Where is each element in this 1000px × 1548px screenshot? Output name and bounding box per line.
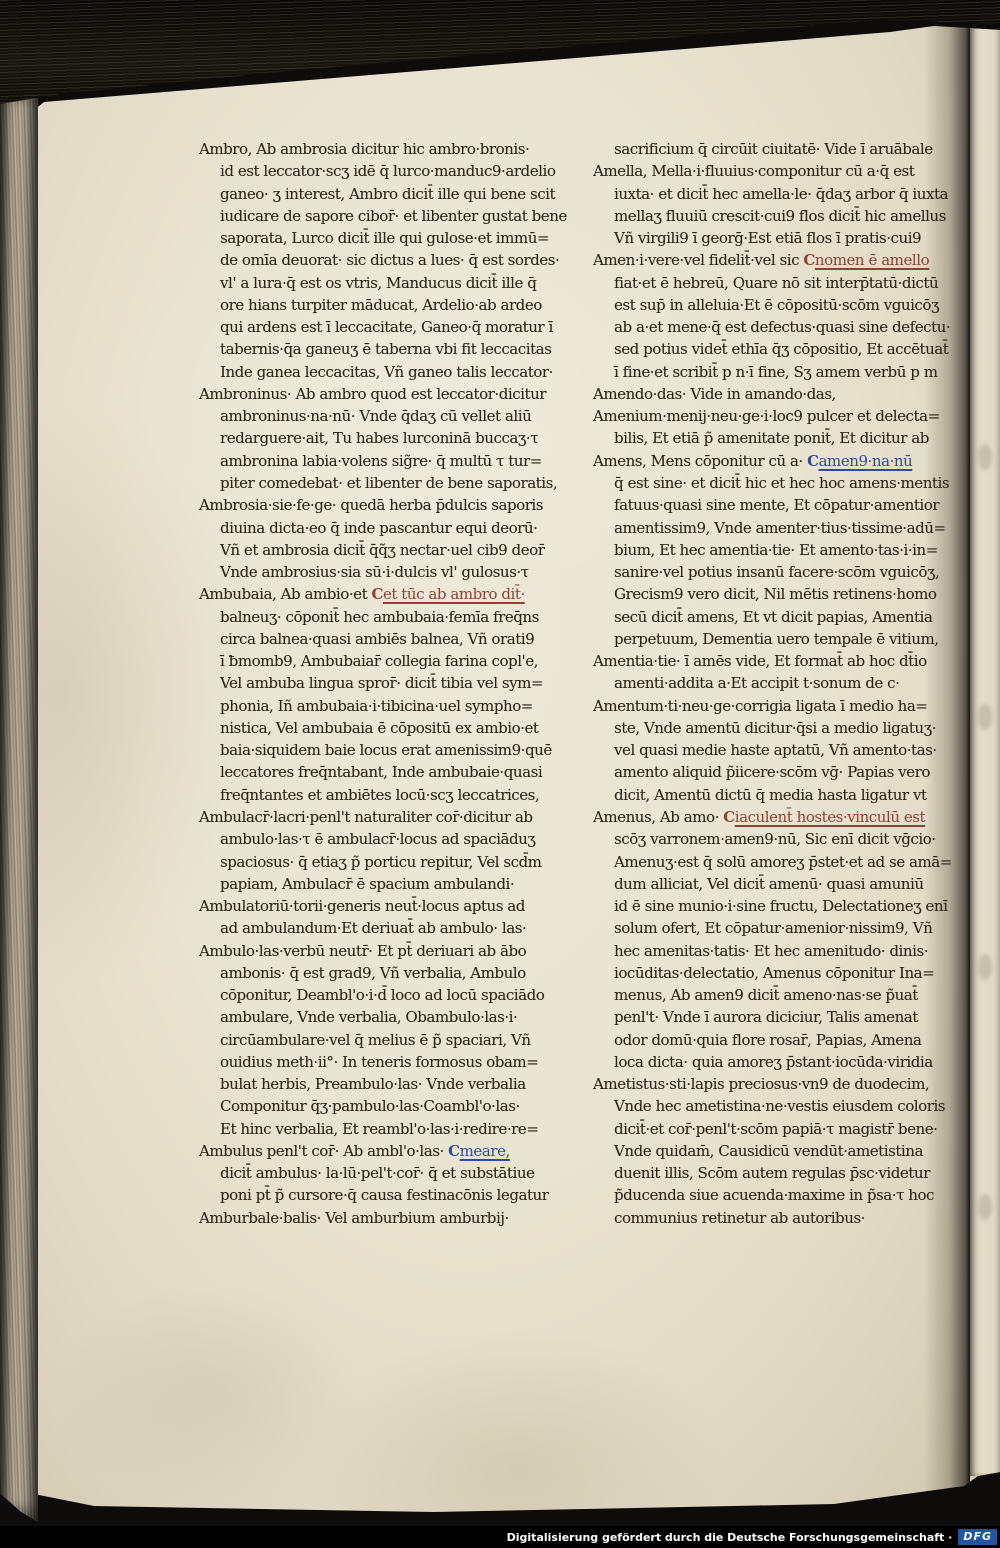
footer-credit-bar: Digitalisierung gefördert durch die Deut… (0, 1526, 1000, 1548)
show-through-mark (978, 1194, 992, 1220)
text-line: Componitur q̄ʒ·pambulo·las·Coambl'o·las· (199, 1095, 557, 1117)
text-line: balneuʒ· cōponit̄ hec ambubaia·femīa fre… (199, 606, 557, 628)
text-line: p̃ducenda siue acuenda·maxime in p̃sa·τ … (593, 1184, 951, 1206)
text-line: menus, Ab amen9 dicit̄ ameno·nas·se p̃ua… (593, 984, 951, 1006)
text-line: spaciosus· q̄ etiaʒ p̃ porticu repitur, … (199, 851, 557, 873)
text-line: Vnde quidam̄, Causidicū vendūt·ametistin… (593, 1140, 951, 1162)
text-line: Amenus, Ab amo· Ciaculent̄ hostes·vincul… (593, 806, 951, 828)
show-through-mark (978, 954, 992, 980)
text-line: ab a·et mene·q̄ est defectus·quasi sine … (593, 316, 951, 338)
text-line: Et hinc verbalia, Et reambl'o·las·i·redi… (199, 1118, 557, 1140)
text-line: Ambulo·las·verbū neutr̄· Et pt̄ deriuari… (199, 940, 557, 962)
text-line: Grecism9 vero dicit, Nil mētis retinens·… (593, 583, 951, 605)
text-line: hec amenitas·tatis· Et hec amenitudo· di… (593, 940, 951, 962)
text-line: id ē sine munio·i·sine fructu, Delectati… (593, 895, 951, 917)
text-line: bium, Et hec amentia·tie· Et amento·tas·… (593, 539, 951, 561)
text-line: est sup̄ in alleluia·Et ē cōpositū·scōm … (593, 294, 951, 316)
text-line: iocūditas·delectatio, Amenus cōponitur I… (593, 962, 951, 984)
text-line: ganeo· ʒ interest, Ambro dicit̄ ille qui… (199, 183, 557, 205)
text-line: Vñ et ambrosia dicit̄ q̄q̃ʒ nectar·uel c… (199, 539, 557, 561)
text-line: Amella, Mella·i·fluuius·componitur cū a·… (593, 160, 951, 182)
text-line: Vnde hec ametistina·ne·vestis eiusdem co… (593, 1095, 951, 1117)
text-line: penl't· Vnde ī aurora diciciur, Talis am… (593, 1006, 951, 1028)
text-line: Ambroninus· Ab ambro quod est leccator·d… (199, 383, 557, 405)
text-line: mellaʒ fluuiū crescit·cui9 flos dicit̄ h… (593, 205, 951, 227)
text-line: cōponitur, Deambl'o·i·d̄ loco ad locū sp… (199, 984, 557, 1006)
text-line: vl' a lura·q̄ est os vtris, Manducus dic… (199, 272, 557, 294)
text-line: ore hians turpiter māducat, Ardelio·ab a… (199, 294, 557, 316)
text-line: id est leccator·scʒ idē q̄ lurco·manduc9… (199, 160, 557, 182)
text-line: iuxta· et dicit̄ hec amella·le· q̄daʒ ar… (593, 183, 951, 205)
text-line: perpetuum, Dementia uero tempale ē vitiu… (593, 628, 951, 650)
text-line: de omīa deuorat· sic dictus a lues· q̄ e… (199, 249, 557, 271)
text-line: papiam, Ambulacr̄ ē spacium ambulandi· (199, 873, 557, 895)
text-line: circa balnea·quasi ambiēs balnea, Vñ ora… (199, 628, 557, 650)
text-line: Ambrosia·sie·fe·ge· quedā herba p̄dulcis… (199, 494, 557, 516)
text-line: Ambulacr̄·lacri·penl't naturaliter cor̄·… (199, 806, 557, 828)
text-line: bilis, Et etiā p̃ amenitate ponit̄, Et d… (593, 427, 951, 449)
text-line: fiat·et ē hebreū, Quare nō sit interp̄ta… (593, 272, 951, 294)
text-line: amenti·addita a·Et accipit t·sonum de c· (593, 672, 951, 694)
text-line: tabernis·q̄a ganeuʒ ē taberna vbi fit le… (199, 338, 557, 360)
text-line: sanire·vel potius insanū facere·scōm vgu… (593, 561, 951, 583)
text-line: ambroninus·na·nū· Vnde q̄daʒ cū vellet a… (199, 405, 557, 427)
text-line: scōʒ varronem·amen9·nū, Sic enī dicit vḡ… (593, 828, 951, 850)
dfg-logo: DFG (958, 1529, 997, 1545)
text-line: baia·siquidem baie locus erat amenissim9… (199, 739, 557, 761)
text-line: Amenuʒ·est q̄ solū amoreʒ p̄stet·et ad s… (593, 851, 951, 873)
page-stack-edge (0, 84, 38, 1522)
text-line: leccatores freq̄ntabant, Inde ambubaie·q… (199, 761, 557, 783)
text-line: Amentia·tie· ī amēs vide, Et format̄ ab … (593, 650, 951, 672)
text-line: fatuus·quasi sine mente, Et cōpatur·amen… (593, 494, 951, 516)
text-line: Vel ambuba lingua spror̄· dicit̄ tibia v… (199, 672, 557, 694)
text-line: Ambubaia, Ab ambio·et Cet tūc ab ambro d… (199, 583, 557, 605)
text-line: duenit illis, Scōm autem regulas p̄sc·vi… (593, 1162, 951, 1184)
text-line: ste, Vnde amentū dicitur·q̄si a medio li… (593, 717, 951, 739)
text-line: Amen·i·vere·vel fidelit̄·vel sic Cnomen … (593, 249, 951, 271)
text-line: vel quasi medie haste aptatū, Vñ amento·… (593, 739, 951, 761)
text-line: sed potius videt̄ ethīa q̄ʒ cōpositio, E… (593, 338, 951, 360)
text-line: Ambro, Ab ambrosia dicitur hic ambro·bro… (199, 138, 557, 160)
text-line: freq̄ntantes et ambiētes locū·scʒ leccat… (199, 784, 557, 806)
text-line: Amenium·menij·neu·ge·i·loc9 pulcer et de… (593, 405, 951, 427)
footer-credit-text: Digitalisierung gefördert durch die Deut… (507, 1531, 953, 1544)
text-line: q̄ est sine· et dicit̄ hic et hec hoc am… (593, 472, 951, 494)
text-line: sacrificium q̄ circūit ciuitatē· Vide ī … (593, 138, 951, 160)
text-line: Amens, Mens cōponitur cū a· Camen9·na·nū (593, 450, 951, 472)
text-line: dicit̄·et cor̄·penl't·scōm papiā·τ magis… (593, 1118, 951, 1140)
text-line: phonia, Iñ ambubaia·i·tibicina·uel symph… (199, 695, 557, 717)
text-line: ambonis· q̄ est grad9, Vñ verbalia, Ambu… (199, 962, 557, 984)
text-line: secū dicit̄ amens, Et vt dicit papias, A… (593, 606, 951, 628)
text-line: Amentum·ti·neu·ge·corrigia ligata ī medi… (593, 695, 951, 717)
text-line: saporata, Lurco dicit̄ ille qui gulose·e… (199, 227, 557, 249)
text-line: Vnde ambrosius·sia sū·i·dulcis vl' gulos… (199, 561, 557, 583)
text-line: Amendo·das· Vide in amando·das, (593, 383, 951, 405)
show-through-mark (978, 444, 992, 470)
text-line: solum ofert, Et cōpatur·amenior·nissim9,… (593, 917, 951, 939)
text-line: qui ardens est ī leccacitate, Ganeo·q̄ m… (199, 316, 557, 338)
text-line: bulat herbis, Preambulo·las· Vnde verbal… (199, 1073, 557, 1095)
text-line: redarguere·ait, Tu habes lurconinā bucca… (199, 427, 557, 449)
text-column-right: sacrificium q̄ circūit ciuitatē· Vide ī … (593, 138, 951, 1229)
text-line: Ametistus·sti·lapis preciosus·vn9 de duo… (593, 1073, 951, 1095)
text-line: communius retinetur ab autoribus· (593, 1207, 951, 1229)
text-line: piter comedebat· et libenter de bene sap… (199, 472, 557, 494)
text-line: iudicare de sapore cibor̄· et libenter g… (199, 205, 557, 227)
text-line: ambulo·las·τ ē ambulacr̄·locus ad spaciā… (199, 828, 557, 850)
text-line: Inde ganea leccacitas, Vñ ganeo talis le… (199, 361, 557, 383)
text-line: dicit̄ ambulus· la·lū·pel't·cor̄· q̄ et … (199, 1162, 557, 1184)
text-line: ambulare, Vnde verbalia, Obambulo·las·i· (199, 1006, 557, 1028)
text-line: ouidius meth·ii°· In teneris formosus ob… (199, 1051, 557, 1073)
text-line: odor domū·quia flore rosar̄, Papias, Ame… (593, 1029, 951, 1051)
text-line: ad ambulandum·Et deriuat̄ ab ambulo· las… (199, 917, 557, 939)
text-line: circūambulare·vel q̄ melius ē p̃ spaciar… (199, 1029, 557, 1051)
text-line: diuina dicta·eo q̄ inde pascantur equi d… (199, 517, 557, 539)
text-line: Vñ virgili9 ī georḡ·Est etiā flos ī prat… (593, 227, 951, 249)
adjacent-page-sliver (970, 24, 1000, 1476)
text-line: dicit, Amentū dictū q̄ media hasta ligat… (593, 784, 951, 806)
text-line: ī fine·et scribit̄ p n·ī fine, Sʒ amem v… (593, 361, 951, 383)
text-line: nistica, Vel ambubaia ē cōpositū ex ambi… (199, 717, 557, 739)
text-line: dum alliciat, Vel dicit̄ amenū· quasi am… (593, 873, 951, 895)
text-line: Ambulatoriū·torii·generis neut̄·locus ap… (199, 895, 557, 917)
text-line: loca dicta· quia amoreʒ p̄stant·iocūda·v… (593, 1051, 951, 1073)
text-line: amentissim9, Vnde amenter·tius·tissime·a… (593, 517, 951, 539)
text-line: Amburbale·balis· Vel amburbium amburbij· (199, 1207, 557, 1229)
text-line: poni pt̄ p̃ cursore·q̄ causa festinacōni… (199, 1184, 557, 1206)
text-line: ī ƀmomb9, Ambubaiar̄ collegia farina cop… (199, 650, 557, 672)
text-column-left: Ambro, Ab ambrosia dicitur hic ambro·bro… (199, 138, 557, 1229)
show-through-mark (978, 704, 992, 730)
text-line: ambronina labia·volens sig̃re· q̄ multū … (199, 450, 557, 472)
text-line: amento aliquid p̃iicere·scōm vḡ· Papias … (593, 761, 951, 783)
text-line: Ambulus penl't cor̄· Ab ambl'o·las· Cmea… (199, 1140, 557, 1162)
